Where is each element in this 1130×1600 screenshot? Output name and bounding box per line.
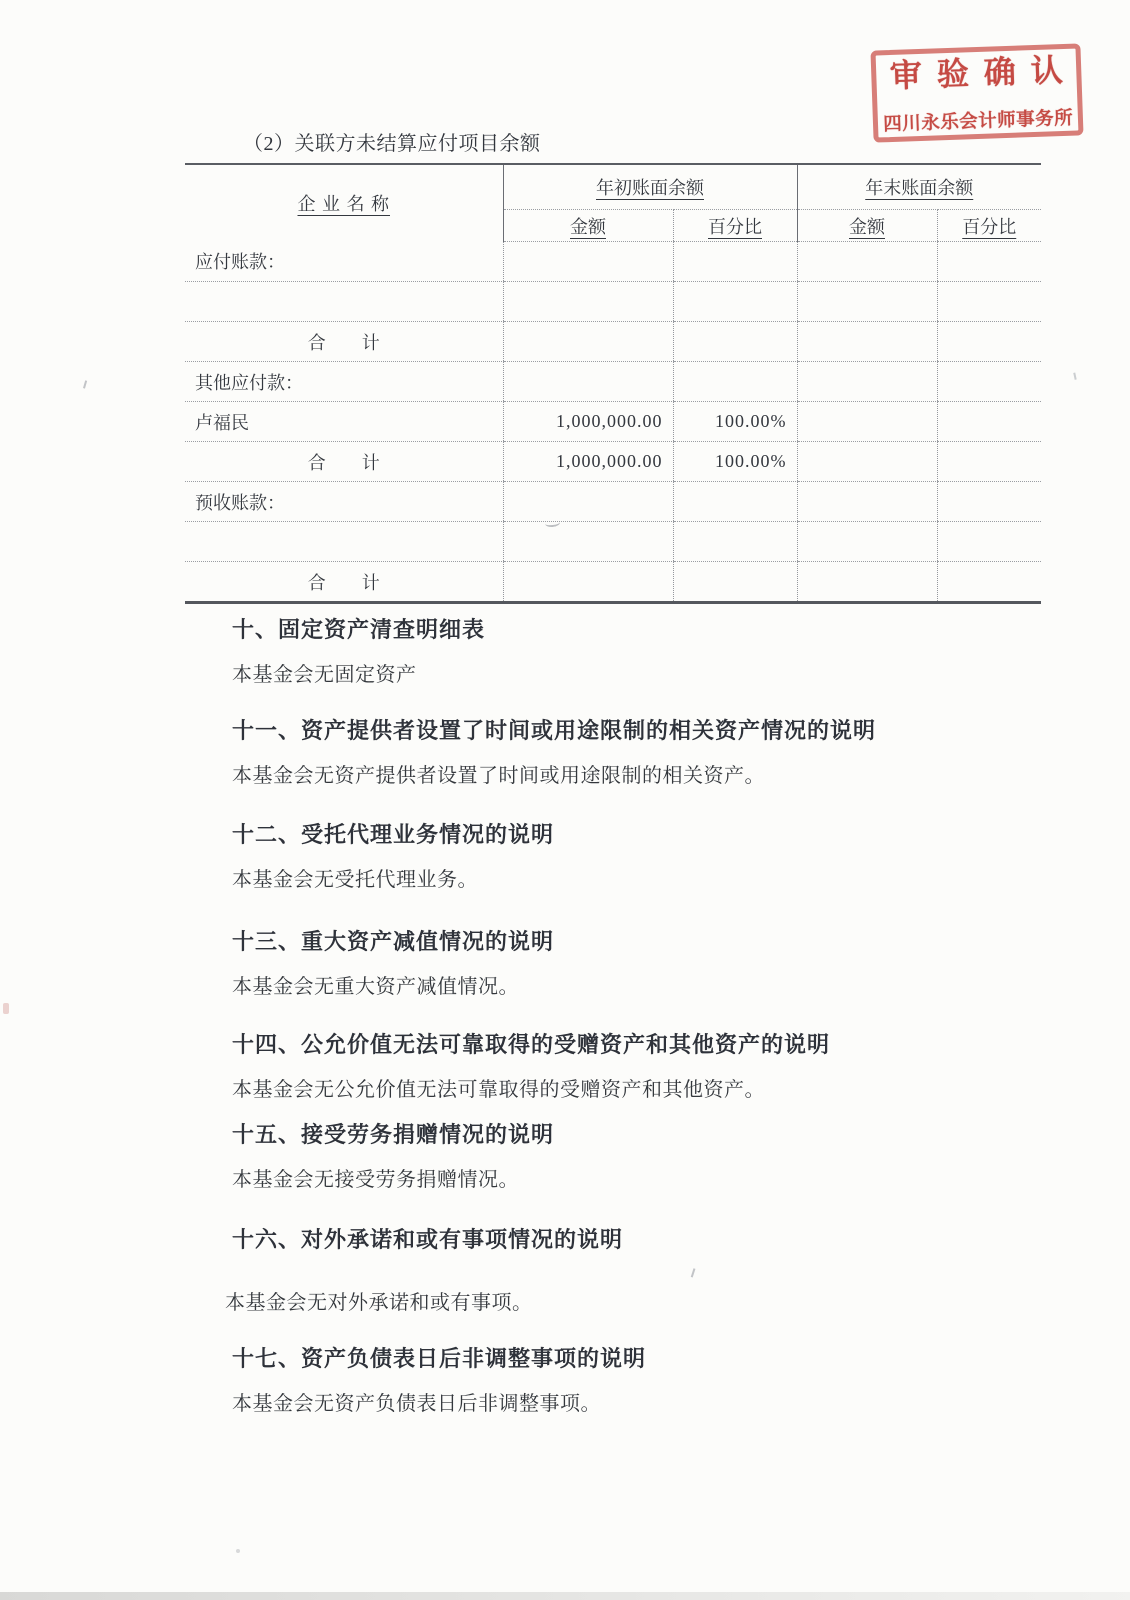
- table-row: 卢福民 1,000,000.00 100.00%: [185, 402, 1041, 442]
- table-row: [185, 282, 1041, 322]
- cell-percent-end: [937, 562, 1041, 603]
- cell-amount-begin: [503, 322, 673, 362]
- cell-percent-begin: [673, 322, 797, 362]
- section-heading: 十七、资产负债表日后非调整事项的说明: [232, 1344, 1072, 1373]
- scan-artifact: [3, 1003, 9, 1014]
- cell-amount-begin: [503, 362, 673, 402]
- audit-stamp: 审验确认 四川永乐会计师事务所: [870, 43, 1083, 142]
- cell-amount-end: [797, 562, 937, 603]
- section-13: 十三、重大资产减值情况的说明 本基金会无重大资产减值情况。: [232, 927, 1072, 1000]
- cell-percent-begin: [673, 482, 797, 522]
- table-row: 预收账款：: [185, 482, 1041, 522]
- section-heading: 十五、接受劳务捐赠情况的说明: [232, 1120, 1072, 1149]
- cell-percent-end: [937, 282, 1041, 322]
- scanned-report-page: 审验确认 四川永乐会计师事务所 （2）关联方未结算应付项目余额 企 业 名 称 …: [0, 0, 1130, 1600]
- section-heading: 十四、公允价值无法可靠取得的受赠资产和其他资产的说明: [232, 1030, 1072, 1059]
- section-body: 本基金会无重大资产减值情况。: [232, 974, 1072, 1000]
- cell-percent-begin: [673, 562, 797, 603]
- cell-percent-end: [937, 322, 1041, 362]
- cell-company: 合 计: [185, 442, 503, 482]
- section-heading: 十三、重大资产减值情况的说明: [232, 927, 1072, 956]
- section-15: 十五、接受劳务捐赠情况的说明 本基金会无接受劳务捐赠情况。: [232, 1120, 1072, 1193]
- cell-percent-begin: [673, 242, 797, 282]
- cell-percent-begin: [673, 362, 797, 402]
- section-body: 本基金会无受托代理业务。: [232, 867, 1072, 893]
- cell-amount-begin: [503, 242, 673, 282]
- cell-company: 应付账款：: [185, 242, 503, 282]
- section-12: 十二、受托代理业务情况的说明 本基金会无受托代理业务。: [232, 820, 1072, 893]
- page-edge-shadow: [0, 1592, 1130, 1600]
- cell-amount-end: [797, 482, 937, 522]
- table-caption: （2）关联方未结算应付项目余额: [243, 127, 541, 156]
- table-row: 应付账款：: [185, 242, 1041, 282]
- cell-percent-begin: 100.00%: [673, 442, 797, 482]
- section-heading: 十二、受托代理业务情况的说明: [232, 820, 1072, 849]
- header-amount-end: 金额: [797, 210, 937, 242]
- table-row: 其他应付款：: [185, 362, 1041, 402]
- section-body: 本基金会无对外承诺和或有事项。: [225, 1290, 1072, 1316]
- scan-artifact: [236, 1549, 240, 1553]
- section-heading: 十六、对外承诺和或有事项情况的说明: [232, 1225, 1072, 1254]
- cell-amount-end: [797, 442, 937, 482]
- stamp-title: 审验确认: [889, 53, 1078, 92]
- scan-artifact: [1070, 373, 1076, 381]
- cell-amount-begin: 1,000,000.00: [503, 442, 673, 482]
- section-16: 十六、对外承诺和或有事项情况的说明 本基金会无对外承诺和或有事项。: [232, 1225, 1072, 1316]
- header-percent-end: 百分比: [937, 210, 1041, 242]
- cell-percent-begin: 100.00%: [673, 402, 797, 442]
- cell-percent-end: [937, 362, 1041, 402]
- section-17: 十七、资产负债表日后非调整事项的说明 本基金会无资产负债表日后非调整事项。: [232, 1344, 1072, 1417]
- cell-company: [185, 282, 503, 322]
- table-row: [185, 522, 1041, 562]
- section-10: 十、固定资产清查明细表 本基金会无固定资产: [232, 615, 1072, 688]
- stamp-firm-name: 四川永乐会计师事务所: [883, 109, 1074, 134]
- cell-amount-begin: [503, 282, 673, 322]
- cell-amount-end: [797, 522, 937, 562]
- cell-percent-end: [937, 242, 1041, 282]
- header-amount-begin: 金额: [503, 210, 673, 242]
- cell-percent-begin: [673, 522, 797, 562]
- table-header-row: 企 业 名 称 年初账面余额 年末账面余额: [185, 164, 1041, 210]
- related-party-payables-table: 企 业 名 称 年初账面余额 年末账面余额 金额 百分比 金额 百分比 应付账款…: [185, 163, 1041, 604]
- cell-amount-end: [797, 282, 937, 322]
- cell-company: [185, 522, 503, 562]
- cell-percent-end: [937, 402, 1041, 442]
- table-row-total: 合 计 1,000,000.00 100.00%: [185, 442, 1041, 482]
- scan-artifact: [83, 380, 91, 389]
- cell-company: 预收账款：: [185, 482, 503, 522]
- header-company: 企 业 名 称: [185, 164, 503, 242]
- cell-amount-end: [797, 402, 937, 442]
- cell-company: 卢福民: [185, 402, 503, 442]
- cell-company: 其他应付款：: [185, 362, 503, 402]
- cell-percent-end: [937, 442, 1041, 482]
- section-11: 十一、资产提供者设置了时间或用途限制的相关资产情况的说明 本基金会无资产提供者设…: [232, 716, 1072, 789]
- table-row-total: 合 计: [185, 562, 1041, 603]
- cell-amount-begin: [503, 482, 673, 522]
- section-body: 本基金会无公允价值无法可靠取得的受赠资产和其他资产。: [232, 1077, 1072, 1103]
- section-14: 十四、公允价值无法可靠取得的受赠资产和其他资产的说明 本基金会无公允价值无法可靠…: [232, 1030, 1072, 1103]
- cell-amount-begin: [503, 562, 673, 603]
- section-body: 本基金会无固定资产: [232, 662, 1072, 688]
- cell-amount-begin: [503, 522, 673, 562]
- cell-amount-end: [797, 362, 937, 402]
- cell-percent-begin: [673, 282, 797, 322]
- cell-amount-end: [797, 242, 937, 282]
- section-body: 本基金会无资产提供者设置了时间或用途限制的相关资产。: [232, 763, 1072, 789]
- section-body: 本基金会无接受劳务捐赠情况。: [232, 1167, 1072, 1193]
- section-heading: 十、固定资产清查明细表: [232, 615, 1072, 644]
- header-end-balance: 年末账面余额: [797, 164, 1041, 210]
- cell-percent-end: [937, 522, 1041, 562]
- cell-percent-end: [937, 482, 1041, 522]
- header-begin-balance: 年初账面余额: [503, 164, 797, 210]
- cell-amount-begin: 1,000,000.00: [503, 402, 673, 442]
- table-row-total: 合 计: [185, 322, 1041, 362]
- section-body: 本基金会无资产负债表日后非调整事项。: [232, 1391, 1072, 1417]
- cell-amount-end: [797, 322, 937, 362]
- section-heading: 十一、资产提供者设置了时间或用途限制的相关资产情况的说明: [232, 716, 1072, 745]
- header-percent-begin: 百分比: [673, 210, 797, 242]
- cell-company: 合 计: [185, 322, 503, 362]
- cell-company: 合 计: [185, 562, 503, 603]
